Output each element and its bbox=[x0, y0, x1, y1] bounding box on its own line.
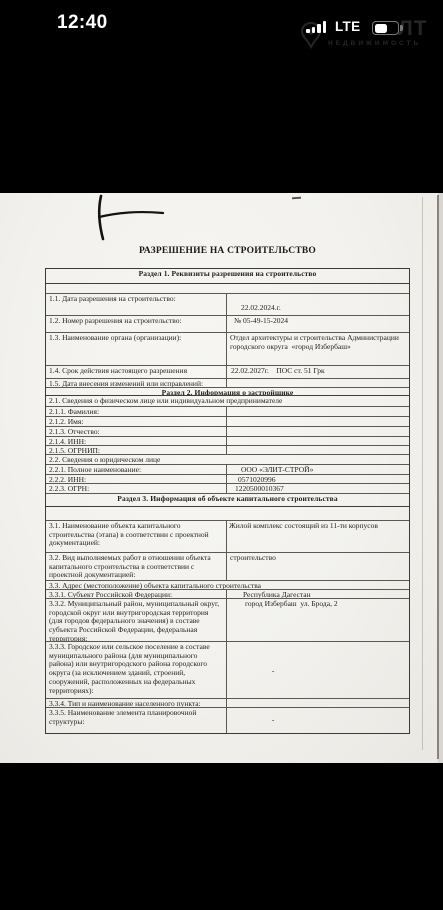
table-row: 3.3. Адрес (местоположение) объекта капи… bbox=[46, 581, 409, 590]
table-row: 3.3.2. Муниципальный район, муниципальны… bbox=[46, 599, 409, 642]
row-value bbox=[227, 446, 409, 454]
row-label: 3.3.4. Тип и наименование населенного пу… bbox=[46, 699, 227, 707]
table-row: 2.1.1. Фамилия: bbox=[46, 407, 409, 417]
document-title: РАЗРЕШЕНИЕ НА СТРОИТЕЛЬСТВО bbox=[45, 246, 410, 256]
row-label: 3.3. Адрес (местоположение) объекта капи… bbox=[46, 581, 409, 589]
table-row: 2.2.1. Полное наименование:ООО «ЭЛИТ-СТР… bbox=[46, 465, 409, 475]
section-header: Раздел 1. Реквизиты разрешения на строит… bbox=[46, 269, 409, 283]
row-label: 3.3.2. Муниципальный район, муниципальны… bbox=[46, 599, 227, 641]
table-row: 3.2. Вид выполняемых работ в отношении о… bbox=[46, 553, 409, 581]
permit-table: Раздел 1. Реквизиты разрешения на строит… bbox=[45, 268, 410, 734]
row-value bbox=[227, 427, 409, 436]
table-row: 3.3.1. Субъект Российской Федерации:Респ… bbox=[46, 590, 409, 599]
row-value: - bbox=[227, 708, 409, 733]
table-row bbox=[46, 507, 409, 521]
row-label: 3.2. Вид выполняемых работ в отношении о… bbox=[46, 553, 227, 580]
cellular-signal-icon bbox=[306, 21, 326, 33]
row-value bbox=[227, 437, 409, 445]
table-row: 3.3.4. Тип и наименование населенного пу… bbox=[46, 699, 409, 708]
table-row: Раздел 2. Информация о застройщике bbox=[46, 388, 409, 396]
row-label: 2.2.2. ИНН: bbox=[46, 475, 227, 483]
table-row bbox=[46, 284, 409, 294]
row-label: 2.1.1. Фамилия: bbox=[46, 407, 227, 416]
row-label: 1.4. Срок действия настоящего разрешения bbox=[46, 366, 227, 378]
row-value: ООО «ЭЛИТ-СТРОЙ» bbox=[227, 465, 409, 474]
row-value bbox=[227, 407, 409, 416]
row-label: 2.1.4. ИНН: bbox=[46, 437, 227, 445]
table-row: 1.2. Номер разрешения на строительство:№… bbox=[46, 316, 409, 333]
document-photo[interactable]: РАЗРЕШЕНИЕ НА СТРОИТЕЛЬСТВО Раздел 1. Ре… bbox=[0, 193, 443, 763]
row-value: Отдел архитектуры и строительства Админи… bbox=[227, 333, 409, 365]
row-value: 22.02.2027г. ПОС ст. 51 Грк bbox=[227, 366, 409, 378]
row-value: 22.02.2024.г. bbox=[227, 294, 409, 315]
row-label: 2.2.1. Полное наименование: bbox=[46, 465, 227, 474]
table-row: Раздел 1. Реквизиты разрешения на строит… bbox=[46, 269, 409, 284]
row-value: 1220500010367 bbox=[227, 484, 409, 493]
row-value: № 05-49-15-2024 bbox=[227, 316, 409, 332]
row-label: 2.1.2. Имя: bbox=[46, 417, 227, 426]
table-row: 1.4. Срок действия настоящего разрешения… bbox=[46, 366, 409, 379]
paper-smudge bbox=[292, 197, 301, 199]
table-row: 1.5. Дата внесения изменений или исправл… bbox=[46, 379, 409, 388]
battery-icon bbox=[372, 21, 399, 35]
row-label: 1.2. Номер разрешения на строительство: bbox=[46, 316, 227, 332]
table-row: 2.1. Сведения о физическом лице или инди… bbox=[46, 396, 409, 407]
row-value: Республика Дагестан bbox=[227, 590, 409, 598]
table-row: Раздел 3. Информация об объекте капиталь… bbox=[46, 494, 409, 507]
row-value bbox=[227, 379, 409, 387]
row-label: 2.2.3. ОГРН: bbox=[46, 484, 227, 493]
table-row: 2.1.4. ИНН: bbox=[46, 437, 409, 446]
section-header: Раздел 2. Информация о застройщике bbox=[46, 388, 409, 395]
table-row: 2.2. Сведения о юридическом лице bbox=[46, 455, 409, 465]
row-value: строительство bbox=[227, 553, 409, 580]
row-label: 3.3.5. Наименование элемента планировочн… bbox=[46, 708, 227, 733]
row-value: Жилой комплекс состоящий из 11-ти корпус… bbox=[227, 521, 409, 552]
status-bar: ЛТ НЕДВИЖИМОСТЬ 12:40 LTE bbox=[0, 0, 443, 193]
phone-screen: ЛТ НЕДВИЖИМОСТЬ 12:40 LTE РАЗРЕШЕНИЕ НА … bbox=[0, 0, 443, 910]
table-row: 2.2.2. ИНН:0571020996 bbox=[46, 475, 409, 484]
row-label: 1.3. Наименование органа (организации): bbox=[46, 333, 227, 365]
row-label: 3.3.1. Субъект Российской Федерации: bbox=[46, 590, 227, 598]
row-label: 1.1. Дата разрешения на строительство: bbox=[46, 294, 227, 315]
row-value: 0571020996 bbox=[227, 475, 409, 483]
table-row: 2.2.3. ОГРН:1220500010367 bbox=[46, 484, 409, 494]
network-type-label: LTE bbox=[335, 19, 360, 34]
row-label: 3.1. Наименование объекта капитального с… bbox=[46, 521, 227, 552]
row-value bbox=[227, 699, 409, 707]
paper-crease bbox=[422, 197, 423, 750]
row-label: 2.1. Сведения о физическом лице или инди… bbox=[46, 396, 409, 406]
section-header: Раздел 3. Информация об объекте капиталь… bbox=[46, 494, 409, 506]
row-label: 1.5. Дата внесения изменений или исправл… bbox=[46, 379, 227, 387]
table-row: 2.1.5. ОГРНИП: bbox=[46, 446, 409, 455]
row-label: 2.2. Сведения о юридическом лице bbox=[46, 455, 409, 464]
row-label: 2.1.5. ОГРНИП: bbox=[46, 446, 227, 454]
row-label: 2.1.3. Отчество: bbox=[46, 427, 227, 436]
paper-edge-shadow bbox=[437, 195, 440, 759]
watermark-caption: НЕДВИЖИМОСТЬ bbox=[328, 40, 421, 47]
table-row: 2.1.2. Имя: bbox=[46, 417, 409, 427]
table-row: 1.3. Наименование органа (организации):О… bbox=[46, 333, 409, 366]
table-row: 1.1. Дата разрешения на строительство:22… bbox=[46, 294, 409, 316]
table-row: 2.1.3. Отчество: bbox=[46, 427, 409, 437]
table-row: 3.1. Наименование объекта капитального с… bbox=[46, 521, 409, 553]
status-time: 12:40 bbox=[57, 12, 108, 34]
row-value: - bbox=[227, 642, 409, 698]
row-value: город Избербаш ул. Брода, 2 bbox=[227, 599, 409, 641]
row-value bbox=[227, 417, 409, 426]
table-row: 3.3.3. Городское или сельское поселение … bbox=[46, 642, 409, 699]
row-label: 3.3.3. Городское или сельское поселение … bbox=[46, 642, 227, 698]
table-row: 3.3.5. Наименование элемента планировочн… bbox=[46, 708, 409, 733]
